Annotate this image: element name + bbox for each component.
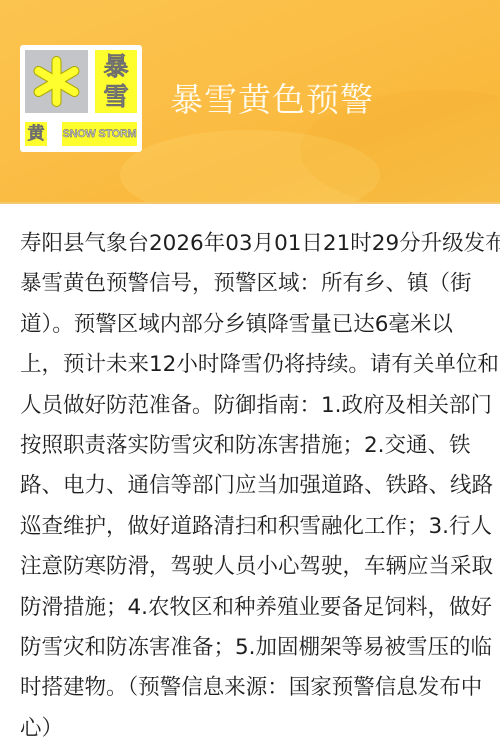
warning-banner: 暴 雪 黄 SNOW STORM 暴雪黄色预警 (0, 0, 500, 204)
article-line: 防滑措施；4.农牧区和种养殖业要备足饲料，做好 (20, 588, 482, 628)
article-line: 暴雪黄色预警信号，预警区域：所有乡、镇（街 (20, 264, 482, 304)
hazard-char-2: 雪 (103, 82, 128, 112)
article-line: 道）。预警区域内部分乡镇降雪量已达6毫米以 (20, 305, 482, 345)
snowflake-icon-box (25, 50, 88, 113)
warning-article-text: 寿阳县气象台2026年03月01日21时29分升级发布 暴雪黄色预警信号，预警区… (20, 224, 482, 705)
article-line: 注意防寒防滑，驾驶人员小心驾驶，车辆应当采取 (20, 547, 482, 587)
article-line: 寿阳县气象台2026年03月01日21时29分升级发布 (20, 224, 482, 264)
article-line: 防雪灾和防冻害准备；5.加固棚架等易被雪压的临 (20, 628, 482, 668)
article-line: 人员做好防范准备。防御指南：1.政府及相关部门 (20, 386, 482, 426)
warning-level-label: 黄 (25, 122, 47, 146)
article-line: 按照职责落实防雪灾和防冻害措施；2.交通、铁 (20, 426, 482, 466)
warning-signal-badge: 暴 雪 黄 SNOW STORM (20, 45, 142, 152)
article-line: 上，预计未来12小时降雪仍将持续。请有关单位和 (20, 345, 482, 385)
banner-title: 暴雪黄色预警 (170, 80, 374, 120)
english-hazard-label: SNOW STORM (62, 122, 137, 146)
article-line: 时搭建物。（预警信息来源：国家预警信息发布中 (20, 668, 482, 705)
article-line: 路、电力、通信等部门应当加强道路、铁路、线路 (20, 466, 482, 506)
article-line: 巡查维护，做好道路清扫和积雪融化工作；3.行人 (20, 507, 482, 547)
snowflake-icon (29, 54, 84, 109)
hazard-type-label: 暴 雪 (95, 50, 137, 113)
hazard-char-1: 暴 (103, 52, 128, 82)
